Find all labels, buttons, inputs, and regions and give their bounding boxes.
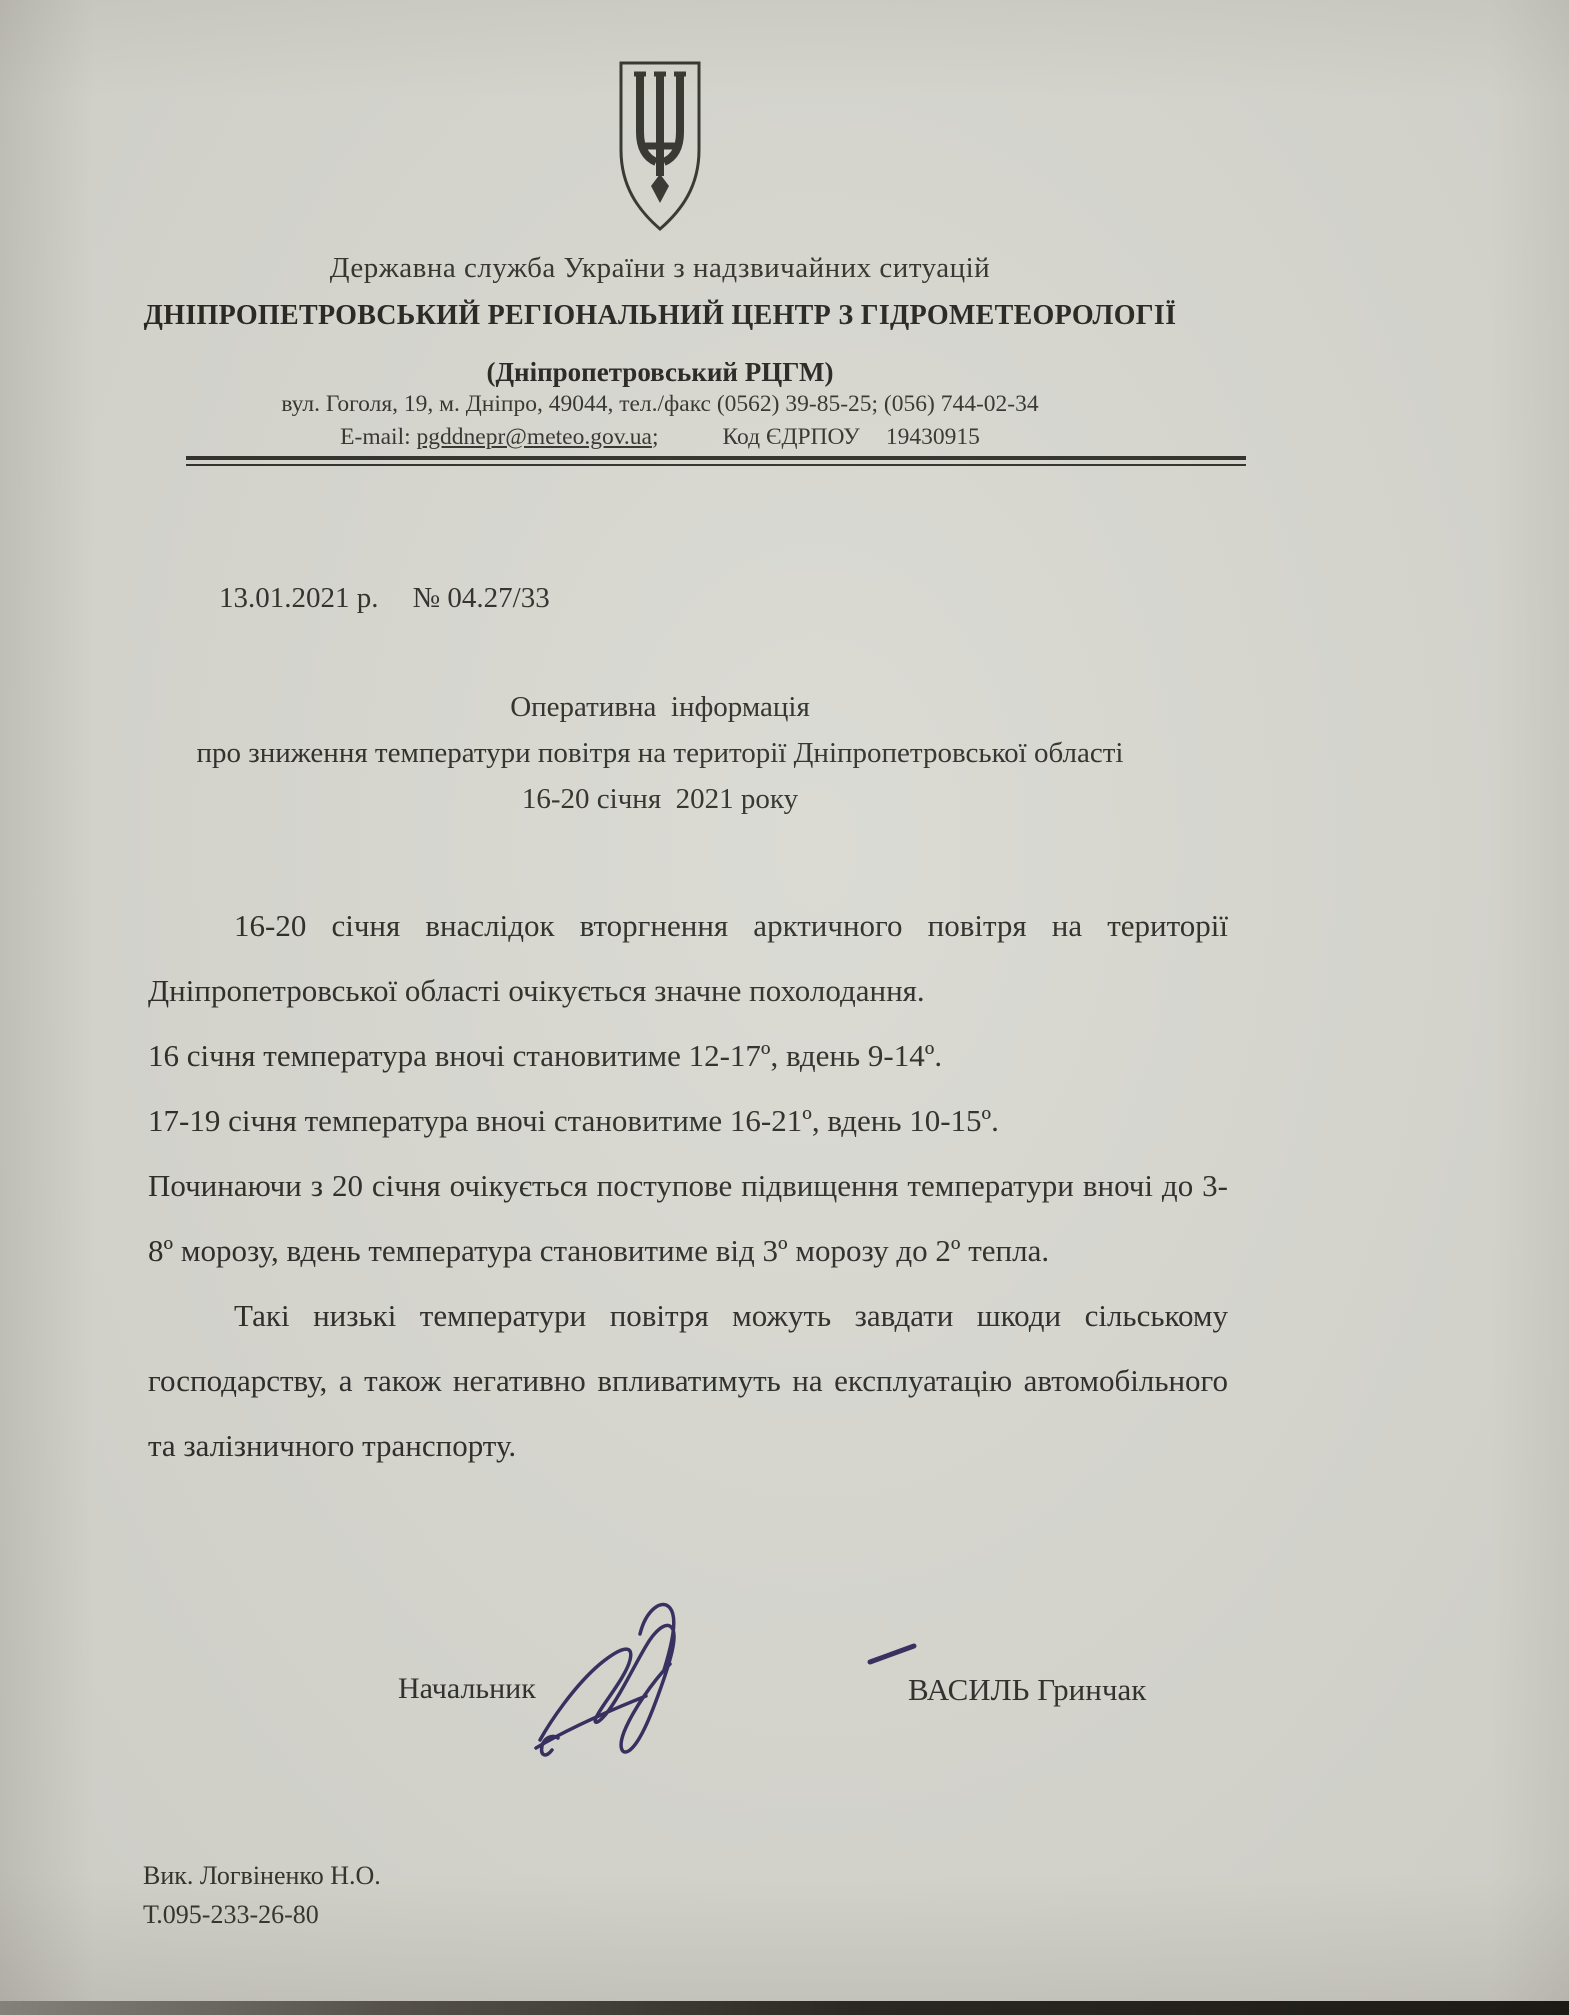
edrpou-code: 19430915 xyxy=(886,424,980,450)
handwritten-signature xyxy=(522,1590,922,1765)
ukraine-trident-emblem-icon xyxy=(614,58,706,238)
email-label: E-mail: xyxy=(340,424,416,450)
scanned-letter-page: Державна служба України з надзвичайних с… xyxy=(0,0,1569,2015)
title-line-3: 16-20 січня 2021 року xyxy=(0,776,1320,822)
agency-name: Державна служба України з надзвичайних с… xyxy=(0,252,1320,285)
body-paragraph: 17-19 січня температура вночі становитим… xyxy=(148,1088,1228,1153)
organization-address: вул. Гоголя, 19, м. Дніпро, 49044, тел./… xyxy=(0,391,1320,418)
body-paragraph: Такі низькі температури повітря можуть з… xyxy=(148,1283,1228,1478)
email-suffix: ; xyxy=(652,424,659,450)
executor-phone: Т.095-233-26-80 xyxy=(143,1895,381,1934)
body-paragraph: 16-20 січня внаслідок вторгнення арктичн… xyxy=(148,893,1228,1023)
photo-edge-strip xyxy=(0,2001,1569,2015)
title-line-2: про зниження температури повітря на тери… xyxy=(0,730,1320,776)
email-address: pgddnepr@meteo.gov.ua xyxy=(417,424,652,450)
title-line-1: Оперативна інформація xyxy=(0,684,1320,730)
organization-name: ДНІПРОПЕТРОВСЬКИЙ РЕГІОНАЛЬНИЙ ЦЕНТР З Г… xyxy=(0,300,1320,332)
document-number: № 04.27/33 xyxy=(413,582,550,614)
document-date: 13.01.2021 р. xyxy=(219,582,379,614)
organization-short-name: (Дніпропетровський РЦГМ) xyxy=(0,357,1320,388)
signer-position: Начальник xyxy=(398,1672,536,1706)
executor-name: Вик. Логвіненко Н.О. xyxy=(143,1856,381,1895)
contact-line: E-mail: pgddnepr@meteo.gov.ua;Код ЄДРПОУ… xyxy=(0,424,1320,451)
document-body: 16-20 січня внаслідок вторгнення арктичн… xyxy=(148,893,1228,1478)
edrpou-label: Код ЄДРПОУ xyxy=(723,424,860,450)
body-paragraph: Починаючи з 20 січня очікується поступов… xyxy=(148,1153,1228,1283)
signature-dash xyxy=(870,1646,914,1662)
signer-name: ВАСИЛЬ Гринчак xyxy=(908,1672,1146,1708)
body-paragraph: 16 січня температура вночі становитиме 1… xyxy=(148,1023,1228,1088)
letterhead-divider-rule xyxy=(186,456,1246,466)
executor-block: Вик. Логвіненко Н.О. Т.095-233-26-80 xyxy=(143,1856,381,1934)
document-title: Оперативна інформація про зниження темпе… xyxy=(0,684,1320,822)
reference-line: 13.01.2021 р.№ 04.27/33 xyxy=(190,549,550,648)
